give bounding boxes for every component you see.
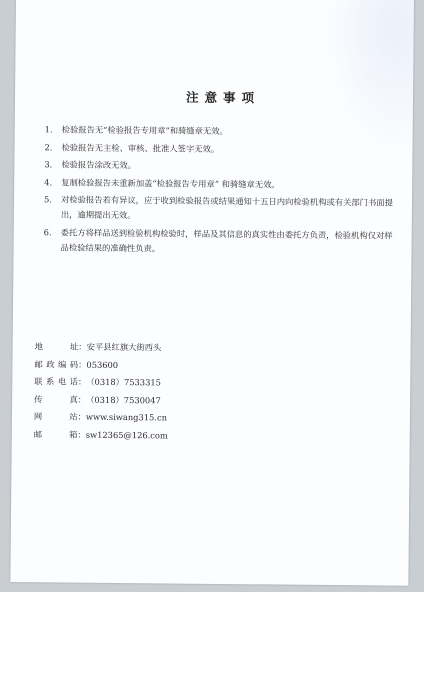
note-number: 5. (44, 192, 52, 207)
contact-row-email: 邮箱： sw12365@126.com (34, 426, 168, 445)
scanner-background: 注意事项 1. 检验报告无“检验报告专用章”和骑缝章无效。 2. 检验报告无主检… (0, 0, 424, 592)
note-number: 3. (44, 157, 52, 172)
note-item: 6. 委托方将样品送到检验机构检验时，样品及其信息的真实性由委托方负责，检验机构… (43, 225, 393, 258)
note-number: 1. (45, 122, 53, 137)
label-separator: ： (78, 356, 86, 374)
contact-label: 邮政编码 (34, 356, 78, 374)
page-title: 注意事项 (186, 88, 260, 107)
label-separator: ： (78, 409, 86, 427)
contact-label: 网站 (34, 408, 78, 426)
contact-row-website: 网站： www.siwang315.cn (34, 408, 168, 427)
note-item: 2. 检验报告无主检、审核、批准人签字无效。 (44, 140, 394, 158)
label-separator: ： (78, 391, 86, 409)
contact-label: 联系电话 (34, 373, 78, 391)
website-value: www.siwang315.cn (86, 409, 167, 427)
contact-value: 安平县红旗大街西头 (87, 339, 162, 357)
contact-value: 053600 (86, 356, 118, 374)
note-number: 2. (44, 140, 52, 155)
label-separator: ： (78, 374, 86, 392)
contact-row-address: 地址： 安平县红旗大街西头 (35, 338, 169, 357)
note-number: 4. (44, 175, 52, 190)
note-number: 6. (44, 225, 52, 240)
contact-row-postcode: 邮政编码： 053600 (34, 356, 168, 375)
note-item: 3. 检验报告涂改无效。 (44, 157, 394, 175)
note-text: 检验报告无主检、审核、批准人签字无效。 (61, 142, 219, 154)
document-page: 注意事项 1. 检验报告无“检验报告专用章”和骑缝章无效。 2. 检验报告无主检… (10, 0, 414, 586)
note-item: 1. 检验报告无“检验报告专用章”和骑缝章无效。 (45, 122, 395, 140)
note-text: 复制检验报告未重新加盖“检验报告专用章” 和骑缝章无效。 (61, 177, 280, 189)
contact-row-fax: 传真： （0318）7530047 (34, 391, 168, 410)
note-item: 5. 对检验报告若有异议，应于收到检验报告或结果通知十五日内向检验机构或有关部门… (44, 192, 394, 225)
email-value: sw12365@126.com (86, 426, 168, 444)
contact-value: （0318）7530047 (86, 391, 161, 409)
note-text: 检验报告涂改无效。 (61, 159, 136, 170)
blank-area (0, 592, 424, 700)
contact-value: （0318）7533315 (86, 374, 161, 392)
note-text: 对检验报告若有异议，应于收到检验报告或结果通知十五日内向检验机构或有关部门书面提… (61, 194, 393, 220)
contact-info: 地址： 安平县红旗大街西头 邮政编码： 053600 联系电话： （0318）7… (34, 338, 169, 444)
label-separator: ： (78, 339, 86, 357)
contact-label: 地址 (35, 338, 79, 356)
contact-row-phone: 联系电话： （0318）7533315 (34, 373, 168, 392)
note-text: 检验报告无“检验报告专用章”和骑缝章无效。 (62, 124, 228, 136)
label-separator: ： (77, 426, 85, 444)
contact-label: 传真 (34, 391, 78, 409)
contact-label: 邮箱 (34, 426, 78, 444)
note-text: 委托方将样品送到检验机构检验时，样品及其信息的真实性由委托方负责，检验机构仅对样… (61, 227, 393, 253)
notes-list: 1. 检验报告无“检验报告专用章”和骑缝章无效。 2. 检验报告无主检、审核、批… (43, 122, 394, 260)
note-item: 4. 复制检验报告未重新加盖“检验报告专用章” 和骑缝章无效。 (44, 175, 394, 193)
